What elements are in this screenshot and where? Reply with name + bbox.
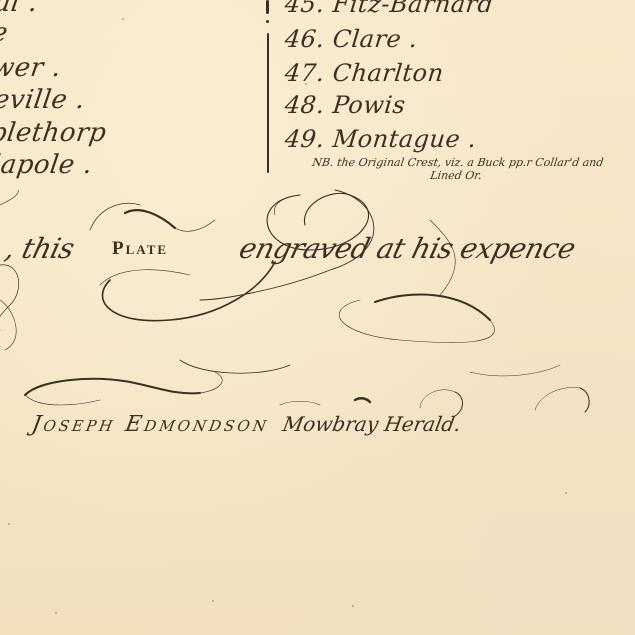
entry-number: 45. (284, 0, 327, 18)
dedication-plate-caps: Plate (112, 238, 168, 260)
entry-48: 48. Powis (284, 91, 407, 119)
left-name-fragment: wer . (0, 53, 63, 83)
crest-note-line-2: Lined Or. (280, 169, 632, 182)
entry-46: 46. Clare . (284, 25, 420, 53)
left-name-fragment: plethorp (0, 118, 108, 148)
entry-number: 46. (284, 25, 327, 53)
engraved-plate: ul . e wer . eville . plethorp lapole . … (0, 0, 635, 635)
column-divider (267, 33, 269, 173)
crest-note-line-1: NB. the Original Crest, viz. a Buck pp.r… (282, 156, 634, 169)
left-name-fragment: ul . (0, 0, 40, 18)
dedication-prefix: , this (2, 232, 78, 265)
column-divider (266, 0, 269, 14)
paper-speck (122, 18, 124, 20)
entry-name: Clare . (331, 25, 419, 53)
left-name-fragment: eville . (0, 85, 87, 115)
entry-45: 45. Fitz-Barnard (284, 0, 496, 18)
entry-name: Montague . (331, 125, 478, 153)
left-name-fragment: e (0, 18, 10, 48)
crest-note: NB. the Original Crest, viz. a Buck pp.r… (280, 156, 634, 182)
entry-name: Fitz-Barnard (331, 0, 495, 18)
dedication-suffix: engraved at his expence (236, 232, 579, 265)
paper-speck (55, 612, 57, 614)
entry-number: 49. (284, 125, 327, 153)
entry-49: 49. Montague . (284, 125, 478, 153)
herald-title: Mowbray Herald. (281, 412, 463, 436)
dedication-line: , this Plate engraved at his expence (0, 232, 635, 272)
paper-speck (352, 605, 354, 607)
entry-name: Powis (331, 91, 407, 119)
divider-dot (266, 20, 269, 23)
paper-speck (565, 492, 567, 494)
paper-speck (212, 600, 214, 602)
entry-name: Charlton (331, 59, 445, 87)
entry-47: 47. Charlton (284, 59, 446, 87)
herald-name: Joseph Edmondson (30, 412, 272, 437)
paper-speck (8, 523, 10, 525)
herald-signature: Joseph Edmondson Mowbray Herald. (32, 412, 461, 437)
left-name-fragment: lapole . (0, 150, 94, 180)
paper-speck (305, 83, 307, 85)
entry-number: 48. (284, 91, 327, 119)
